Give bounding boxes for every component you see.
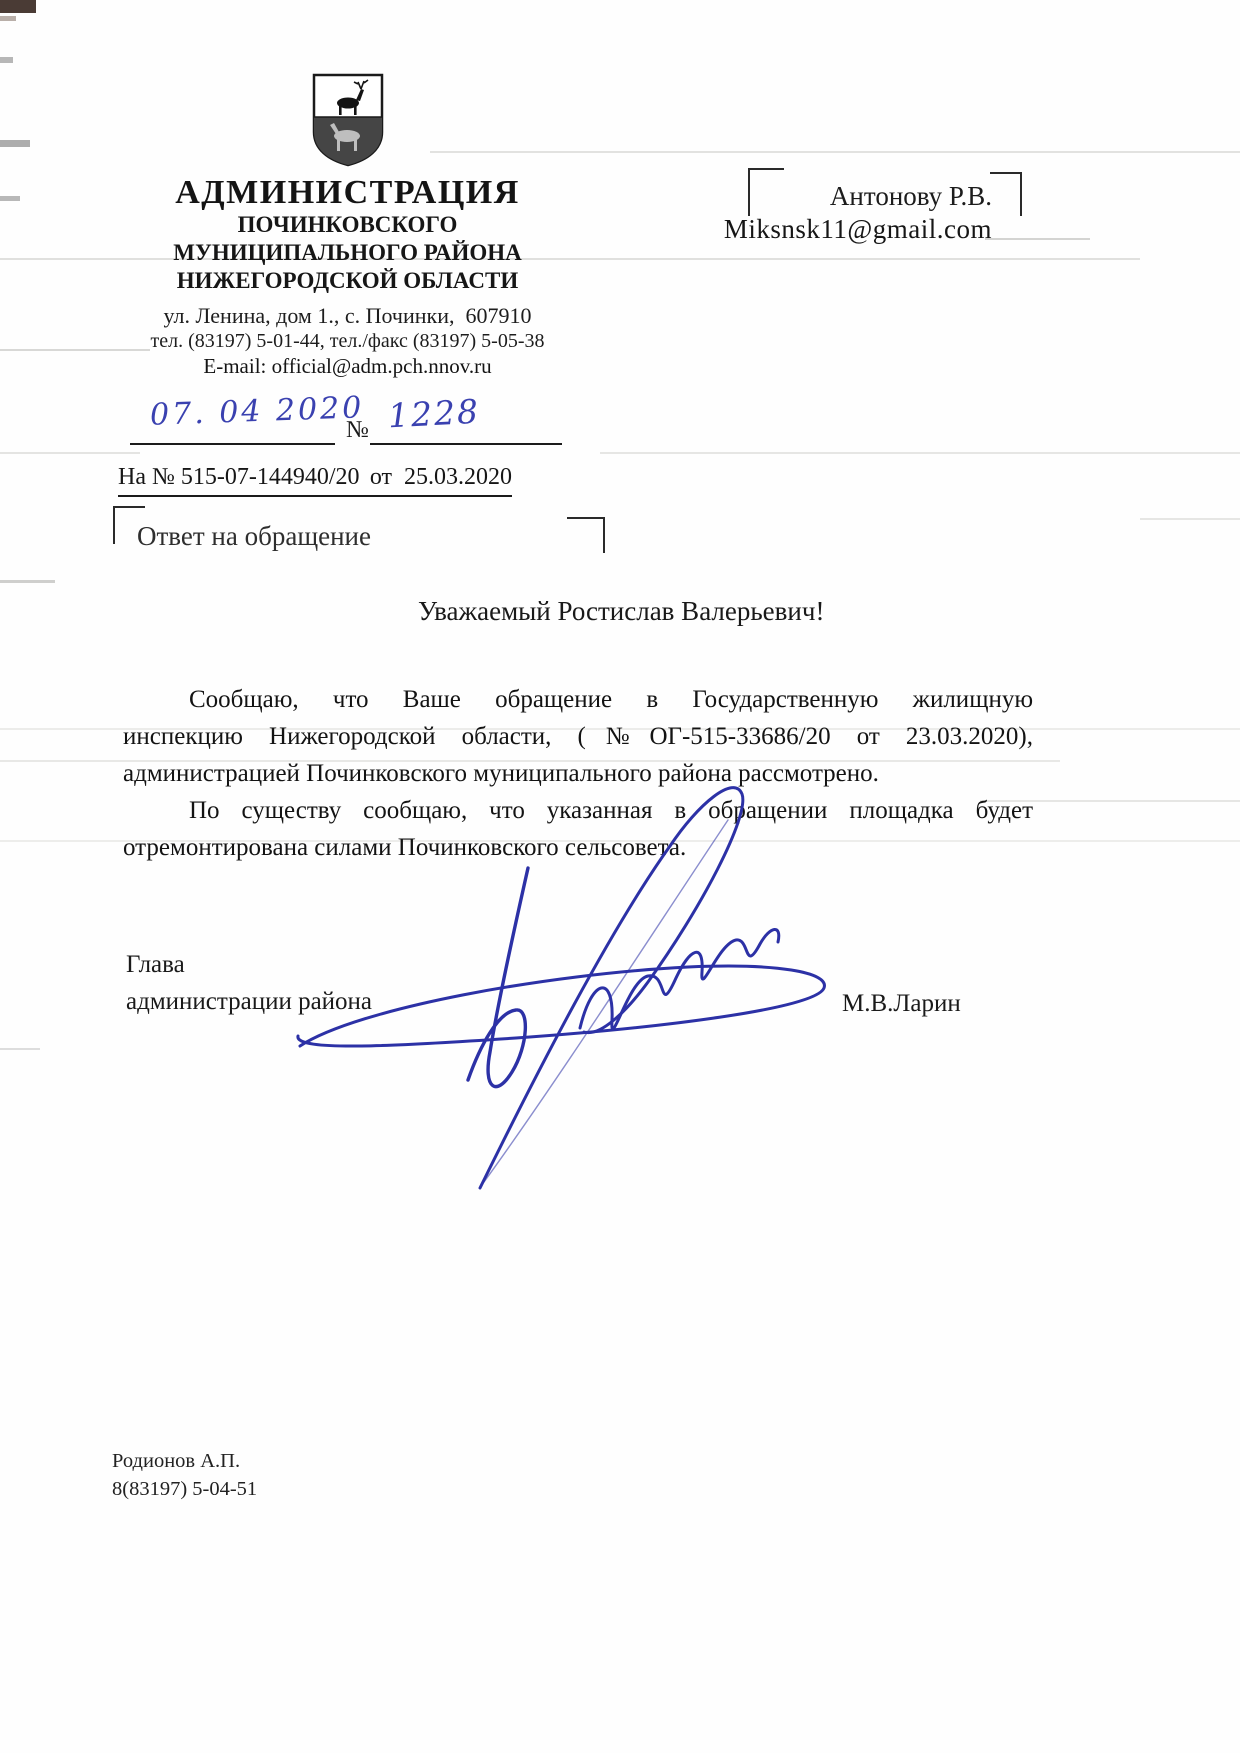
scan-artifact [0,16,16,21]
executor-phone: 8(83197) 5-04-51 [112,1475,257,1503]
handwritten-outgoing-number: 1228 [387,392,481,436]
letterhead: АДМИНИСТРАЦИЯ ПОЧИНКОВСКОГО МУНИЦИПАЛЬНО… [95,70,600,379]
executor-name: Родионов А.П. [112,1447,257,1475]
incoming-reference-number: На № 515-07-144940/20 [118,464,360,491]
recipient-name: Антонову Р.В. [640,180,992,212]
number-underline [370,443,562,445]
recipient-block: Антонову Р.В. Miksnsk11@gmail.com [640,180,992,246]
body-line: Сообщаю, что Ваше обращение в Государств… [123,681,1033,718]
handwritten-outgoing-date: 07. 04 2020 [149,390,364,432]
date-underline [130,443,335,445]
address-zone-corner-mark [990,172,1022,216]
handwritten-signature-icon [228,750,878,1225]
subject-zone-corner-mark [567,517,605,553]
scan-artifact [985,238,1090,240]
scan-artifact [0,196,20,201]
scan-artifact [0,1048,40,1050]
org-name-line2: ПОЧИНКОВСКОГО [95,211,600,239]
number-sign: № [346,417,369,444]
incoming-reference-date: от 25.03.2020 [370,464,512,491]
org-name-line4: НИЖЕГОРОДСКОЙ ОБЛАСТИ [95,267,600,295]
scan-artifact [1140,518,1240,520]
incoming-reference-row: На № 515-07-144940/20 от 25.03.2020 [118,464,512,497]
executor-block: Родионов А.П. 8(83197) 5-04-51 [112,1447,257,1503]
scanned-letter-page: АДМИНИСТРАЦИЯ ПОЧИНКОВСКОГО МУНИЦИПАЛЬНО… [0,0,1240,1753]
org-email: E-mail: official@adm.pch.nnov.ru [95,353,600,379]
subject-line: Ответ на обращение [137,521,371,552]
scan-artifact [0,0,36,13]
scan-artifact [0,140,30,147]
scan-artifact [0,57,13,63]
salutation: Уважаемый Ростислав Валерьевич! [418,596,824,627]
scan-artifact [0,452,140,454]
org-name-line3: МУНИЦИПАЛЬНОГО РАЙОНА [95,239,600,267]
scan-artifact [0,580,55,583]
org-address: ул. Ленина, дом 1., с. Починки, 607910 [95,303,600,329]
org-phones: тел. (83197) 5-01-44, тел./факс (83197) … [95,329,600,353]
org-name-line1: АДМИНИСТРАЦИЯ [95,175,600,211]
scan-artifact [600,452,1240,454]
recipient-email: Miksnsk11@gmail.com [640,212,992,246]
coat-of-arms-icon [309,70,387,173]
